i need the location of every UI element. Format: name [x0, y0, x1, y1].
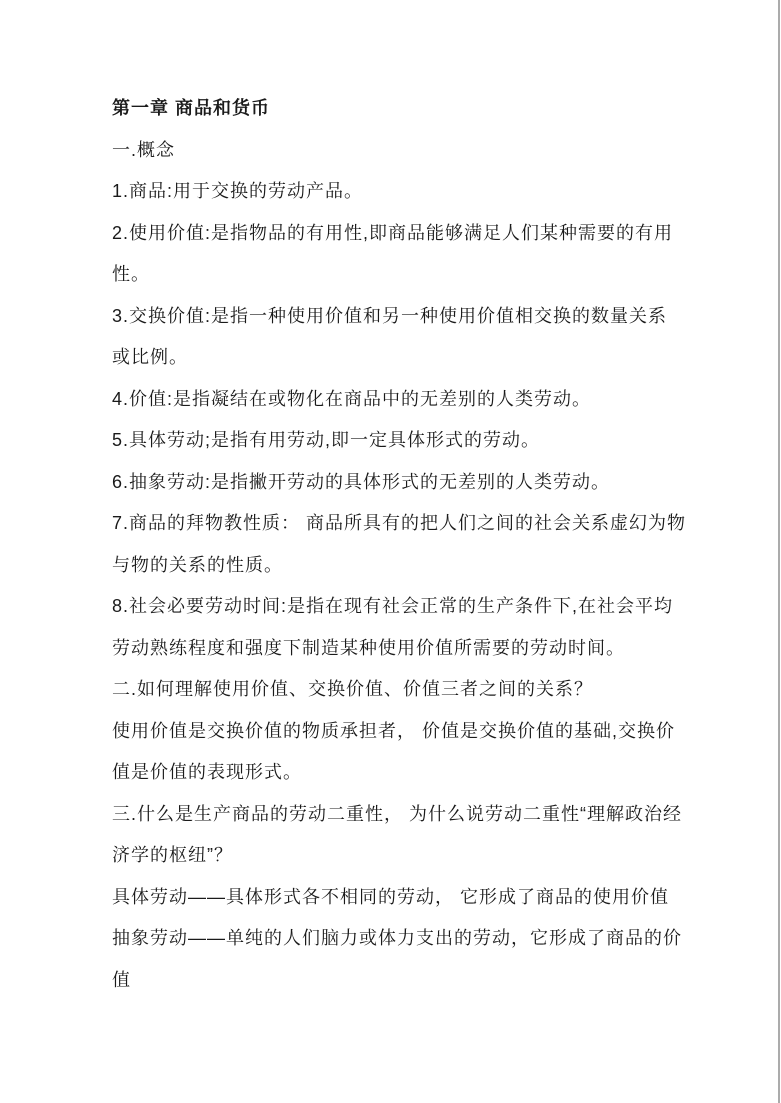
document-page: 第一章 商品和货币 一.概念 1.商品:用于交换的劳动产品。 2.使用价值:是指… [0, 0, 781, 1103]
text-line: 值 [112, 960, 712, 1002]
text-line: 劳动熟练程度和强度下制造某种使用价值所需要的劳动时间。 [112, 628, 712, 670]
text-line: 三.什么是生产商品的劳动二重性， 为什么说劳动二重性“理解政治经 [112, 794, 712, 836]
text-line: 6.抽象劳动:是指撇开劳动的具体形式的无差别的人类劳动。 [112, 462, 712, 504]
page-right-border-line [778, 0, 780, 1103]
text-line: 使用价值是交换价值的物质承担者， 价值是交换价值的基础,交换价 [112, 711, 712, 753]
text-line: 或比例。 [112, 337, 712, 379]
text-line: 5.具体劳动;是指有用劳动,即一定具体形式的劳动。 [112, 420, 712, 462]
text-line: 具体劳动——具体形式各不相同的劳动， 它形成了商品的使用价值 [112, 877, 712, 919]
text-line: 值是价值的表现形式。 [112, 752, 712, 794]
text-line: 性。 [112, 254, 712, 296]
text-line: 4.价值:是指凝结在或物化在商品中的无差别的人类劳动。 [112, 379, 712, 421]
chapter-heading: 第一章 商品和货币 [112, 88, 712, 130]
text-line: 抽象劳动——单纯的人们脑力或体力支出的劳动，它形成了商品的价 [112, 918, 712, 960]
text-line: 二.如何理解使用价值、交换价值、价值三者之间的关系？ [112, 669, 712, 711]
text-line: 8.社会必要劳动时间:是指在现有社会正常的生产条件下,在社会平均 [112, 586, 712, 628]
document-content: 第一章 商品和货币 一.概念 1.商品:用于交换的劳动产品。 2.使用价值:是指… [112, 88, 712, 1001]
text-line: 与物的关系的性质。 [112, 545, 712, 587]
text-line: 7.商品的拜物教性质： 商品所具有的把人们之间的社会关系虚幻为物 [112, 503, 712, 545]
text-line: 济学的枢纽”？ [112, 835, 712, 877]
text-line: 2.使用价值:是指物品的有用性,即商品能够满足人们某种需要的有用 [112, 213, 712, 255]
text-line: 1.商品:用于交换的劳动产品。 [112, 171, 712, 213]
text-line: 3.交换价值:是指一种使用价值和另一种使用价值相交换的数量关系 [112, 296, 712, 338]
text-line: 一.概念 [112, 130, 712, 172]
